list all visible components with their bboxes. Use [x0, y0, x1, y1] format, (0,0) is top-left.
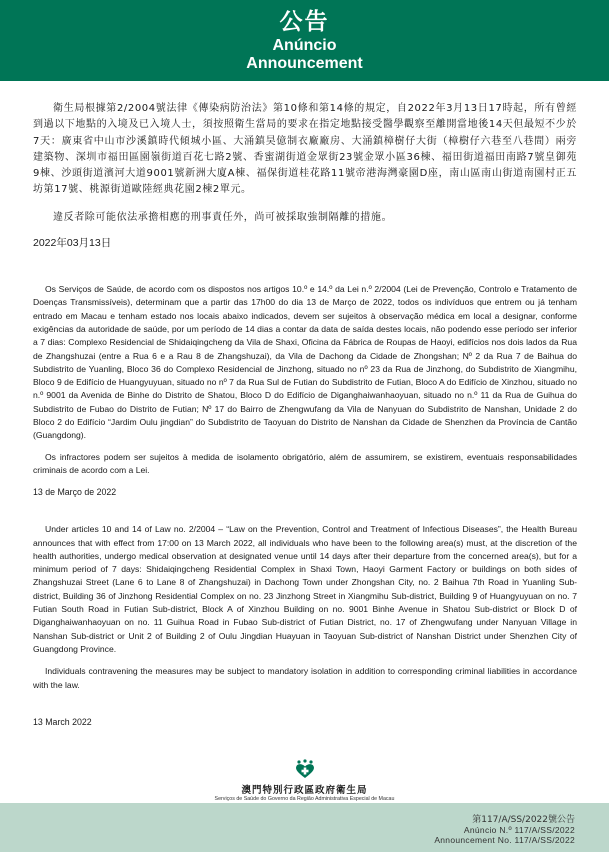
issuer-name-chinese: 澳門特別行政區政府衛生局 — [0, 785, 609, 796]
announcement-header: 公告 Anúncio Announcement — [0, 0, 609, 81]
portuguese-section: Os Serviços de Saúde, de acordo com os d… — [33, 283, 577, 499]
english-section: Under articles 10 and 14 of Law no. 2/20… — [33, 523, 577, 729]
english-paragraph-2: Individuals contravening the measures ma… — [33, 665, 577, 692]
english-paragraph-1: Under articles 10 and 14 of Law no. 2/20… — [33, 523, 577, 656]
issuer-block: 澳門特別行政區政府衛生局 Serviços de Saúde do Govern… — [0, 759, 609, 803]
english-date: 13 March 2022 — [33, 716, 577, 729]
reference-english: Announcement No. 117/A/SS/2022 — [434, 836, 575, 846]
announcement-reference: 第117/A/SS/2022號公告 Anúncio N.º 117/A/SS/2… — [434, 815, 575, 845]
portuguese-paragraph-2: Os infractores podem ser sujeitos à medi… — [33, 451, 577, 478]
portuguese-date: 13 de Março de 2022 — [33, 486, 577, 499]
reference-band: 第117/A/SS/2022號公告 Anúncio N.º 117/A/SS/2… — [0, 803, 609, 852]
chinese-section: 衛生局根據第2/2004號法律《傳染病防治法》第10條和第14條的規定，自202… — [33, 101, 577, 250]
health-bureau-logo-icon — [294, 759, 316, 779]
issuer-name-portuguese: Serviços de Saúde do Governo da Região A… — [0, 796, 609, 803]
title-english: Announcement — [0, 55, 609, 73]
title-portuguese: Anúncio — [0, 37, 609, 55]
chinese-paragraph-1: 衛生局根據第2/2004號法律《傳染病防治法》第10條和第14條的規定，自202… — [33, 101, 577, 199]
title-chinese: 公告 — [0, 0, 609, 35]
chinese-date: 2022年03月13日 — [33, 237, 577, 250]
chinese-paragraph-2: 違反者除可能依法承擔相應的刑事責任外，尚可被採取強制隔離的措施。 — [33, 210, 577, 226]
announcement-body: 衛生局根據第2/2004號法律《傳染病防治法》第10條和第14條的規定，自202… — [33, 101, 577, 729]
portuguese-paragraph-1: Os Serviços de Saúde, de acordo com os d… — [33, 283, 577, 443]
